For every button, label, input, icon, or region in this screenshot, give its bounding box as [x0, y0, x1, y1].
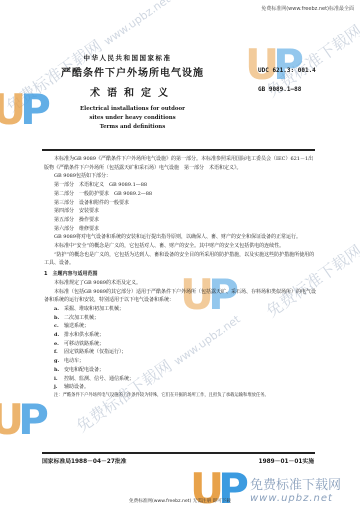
list-item: e.可移动铁路系统； — [44, 340, 316, 349]
document-body: 本标准为GB 9089《严酷条件下户外场所电气设施》的第一部分。本标准参照采用国… — [44, 155, 316, 401]
list-item: h.变电和配电设备； — [44, 366, 316, 375]
bottom-note: 免费标准网(www.freebz.net) 无需注册 即可下载 — [0, 498, 360, 504]
implementation-date: 1989－01－01实施 — [259, 456, 314, 465]
udc-code: UDC 621.3: 001.4 — [258, 67, 316, 74]
national-standard-label: 中华人民共和国国家标准 — [0, 53, 255, 62]
header-divider — [42, 149, 315, 151]
title-cn-line2: 术语和定义 — [0, 84, 265, 99]
part-6: 第六部分 维修要求 — [44, 225, 316, 234]
list-item: d.排水和供水系统； — [44, 331, 316, 340]
top-note: 免费标准网(www.freebz.net)标准最全面 — [261, 5, 354, 12]
part-1: 第一部分 术语和定义 GB 9089.1—88 — [44, 181, 316, 190]
paragraph-3: “防护”的概念也是广义的，它包括为达到人、畜和设备的安全目的所采用的防护措施，以… — [44, 251, 316, 268]
title-en-line1: Electrical installations for outdoor — [0, 105, 265, 114]
footer-divider — [42, 452, 315, 454]
part-4: 第四部分 安装要求 — [44, 207, 316, 216]
gb-number: GB 9089.1—88 — [258, 86, 301, 93]
list-item: j.辅助设备。 — [44, 383, 316, 392]
part-3: 第三部分 设备和附件的一般要求 — [44, 199, 316, 208]
part-2: 第二部分 一般防护要求 GB 9089.2—88 — [44, 190, 316, 199]
paragraph-2: 本标准中“安全”的概念是广义的，它包括对人、畜、财产的安全。其中财产的安全又包括… — [44, 242, 316, 251]
title-en-line2: sites under heavy conditions — [0, 114, 265, 123]
list-item: a.采掘、堆取和初加工机械； — [44, 305, 316, 314]
intro-paragraph-1: 本标准为GB 9089《严酷条件下户外场所电气设施》的第一部分。本标准参照采用国… — [44, 155, 316, 172]
title-en-line3: Terms and definitions — [0, 123, 265, 132]
title-en: Electrical installations for outdoor sit… — [0, 105, 265, 132]
list-item: c.输送系统； — [44, 322, 316, 331]
note: 注：严酷条件下户外场所电气设施的工作条件较为特殊，它们在开掘的场所工作，且担负了… — [44, 392, 316, 401]
watermark-logo-topright: UP — [245, 40, 298, 89]
section-1-paragraph-1: 本标准规定了GB 9089的术语及定义。 — [44, 279, 316, 288]
part-5: 第五部分 操作要求 — [44, 216, 316, 225]
list-item: b.二次加工机械； — [44, 314, 316, 323]
list-item: f.固定铁路系统（仅指运行）； — [44, 348, 316, 357]
paragraph-1: GB 9089将对电气设备和系统的安装和运行提出指导原则，以确保人、畜、财产的安… — [44, 233, 316, 242]
list-item: i.控制、监测、信号、通信系统； — [44, 375, 316, 384]
intro-paragraph-2: GB 9089包括如下部分： — [44, 172, 316, 181]
list-item: g.电动车； — [44, 357, 316, 366]
approval-date: 国家标准局1988－04－27批准 — [42, 456, 126, 465]
section-1-heading: 1 主题内容与适用范围 — [44, 270, 316, 279]
title-cn-line1: 严酷条件下户外场所电气设施 — [0, 67, 265, 81]
brand-name-cn: 免费标准下载网 — [250, 474, 341, 493]
section-1-paragraph-2: 本标准（包括GB 9089的其它部分）适用于严酷条件下户外场所（包括露天矿、采石… — [44, 288, 316, 305]
watermark-logo-left: UP — [0, 395, 43, 444]
